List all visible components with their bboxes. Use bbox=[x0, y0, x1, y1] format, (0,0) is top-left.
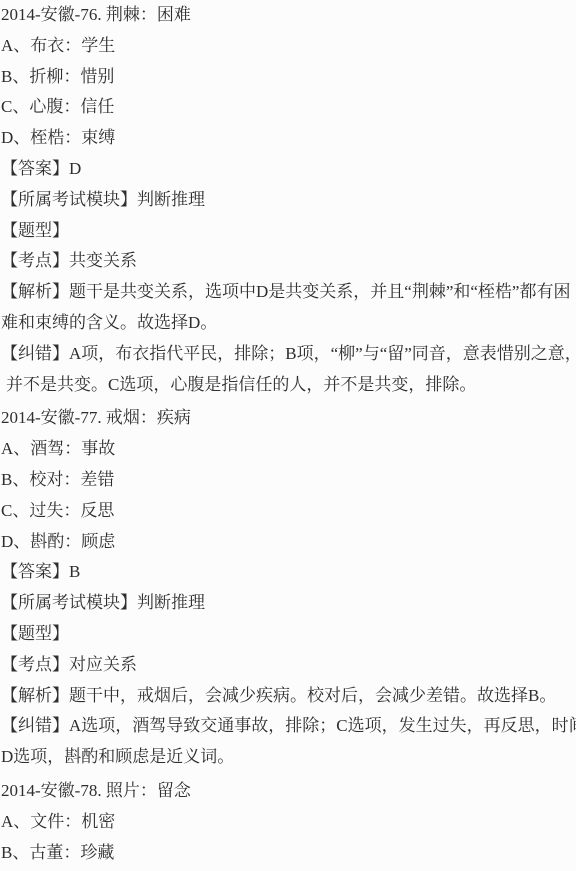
analysis-line: 【解析】题干中，戒烟后，会减少疾病。校对后，会减少差错。故选择B。 bbox=[1, 681, 576, 712]
correction-line: 【纠错】A选项，酒驾导致交通事故，排除；C选项，发生过失，再反思，时间先后； bbox=[1, 711, 576, 742]
question-block-76: 2014-安徽-76. 荆棘：困难 A、布衣：学生 B、折柳：惜别 C、心腹：信… bbox=[1, 0, 576, 400]
question-type-line: 【题型】 bbox=[1, 619, 576, 650]
option-d: D、斟酌：顾虑 bbox=[1, 527, 576, 558]
document-page: { "page": { "background_color": "#fcfcfc… bbox=[0, 0, 576, 871]
answer-line: 【答案】D bbox=[1, 154, 576, 185]
key-point-line: 【考点】对应关系 bbox=[1, 650, 576, 681]
option-d: D、桎梏：束缚 bbox=[1, 123, 576, 154]
question-type-line: 【题型】 bbox=[1, 216, 576, 247]
correction-line: 【纠错】A项，布衣指代平民，排除；B项，“柳”与“留”同音，意表惜别之意， bbox=[1, 339, 576, 370]
option-b: B、校对：差错 bbox=[1, 465, 576, 496]
option-c: C、心腹：信任 bbox=[1, 92, 576, 123]
exam-answer-document: 2014-安徽-76. 荆棘：困难 A、布衣：学生 B、折柳：惜别 C、心腹：信… bbox=[0, 0, 576, 868]
question-block-77: 2014-安徽-77. 戒烟：疾病 A、酒驾：事故 B、校对：差错 C、过失：反… bbox=[1, 403, 576, 773]
key-point-line: 【考点】共变关系 bbox=[1, 246, 576, 277]
question-title: 2014-安徽-78. 照片：留念 bbox=[1, 776, 576, 807]
analysis-line: 难和束缚的含义。故选择D。 bbox=[1, 308, 576, 339]
question-title: 2014-安徽-76. 荆棘：困难 bbox=[1, 0, 576, 31]
question-block-78: 2014-安徽-78. 照片：留念 A、文件：机密 B、古董：珍藏 bbox=[1, 776, 576, 868]
module-line: 【所属考试模块】判断推理 bbox=[1, 185, 576, 216]
option-a: A、布衣：学生 bbox=[1, 31, 576, 62]
option-c: C、过失：反思 bbox=[1, 496, 576, 527]
option-a: A、文件：机密 bbox=[1, 807, 576, 838]
answer-line: 【答案】B bbox=[1, 557, 576, 588]
analysis-line: 【解析】题干是共变关系，选项中D是共变关系，并且“荆棘”和“桎梏”都有困 bbox=[1, 277, 576, 308]
option-b: B、古董：珍藏 bbox=[1, 838, 576, 869]
option-b: B、折柳：惜别 bbox=[1, 62, 576, 93]
option-a: A、酒驾：事故 bbox=[1, 434, 576, 465]
question-title: 2014-安徽-77. 戒烟：疾病 bbox=[1, 403, 576, 434]
module-line: 【所属考试模块】判断推理 bbox=[1, 588, 576, 619]
correction-line: D选项，斟酌和顾虑是近义词。 bbox=[1, 742, 576, 773]
correction-line: 并不是共变。C选项，心腹是指信任的人，并不是共变，排除。 bbox=[1, 370, 576, 401]
